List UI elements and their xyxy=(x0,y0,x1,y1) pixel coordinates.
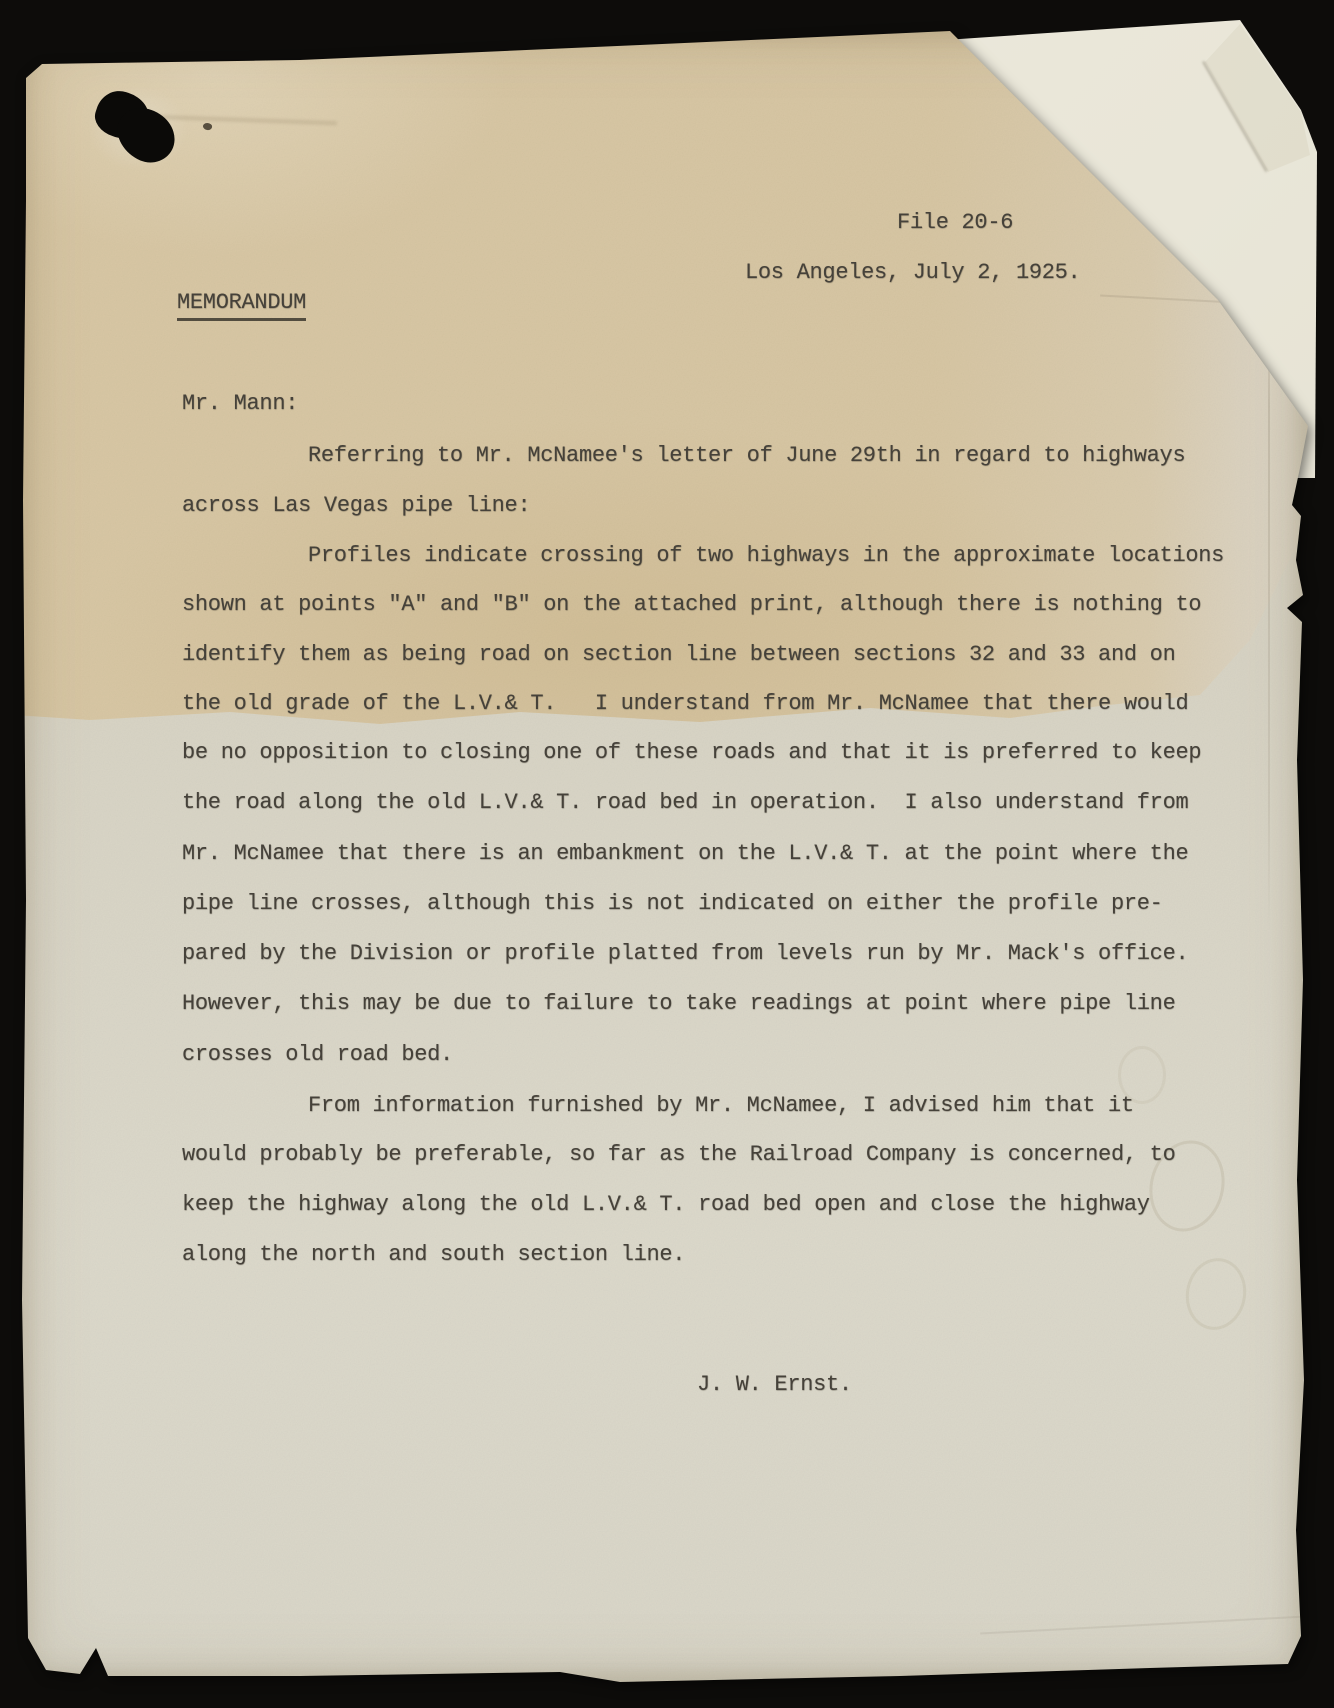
body-line: along the north and south section line. xyxy=(182,1242,685,1268)
body-line: crosses old road bed. xyxy=(182,1042,453,1068)
body-line: would probably be preferable, so far as … xyxy=(182,1142,1175,1168)
memo-page: File 20-6 Los Angeles, July 2, 1925. MEM… xyxy=(0,0,1334,1708)
body-line: Referring to Mr. McNamee's letter of Jun… xyxy=(308,443,1185,469)
paper-crease xyxy=(980,1615,1305,1634)
body-line: be no opposition to closing one of these… xyxy=(182,740,1201,766)
dateline: Los Angeles, July 2, 1925. xyxy=(745,260,1080,286)
body-line: pipe line crosses, although this is not … xyxy=(182,891,1163,917)
paper-crease xyxy=(1268,292,1270,932)
body-line: the old grade of the L.V.& T. I understa… xyxy=(182,691,1188,717)
age-stain xyxy=(0,0,1334,740)
body-line: Mr. McNamee that there is an embankment … xyxy=(182,841,1188,867)
body-line: Profiles indicate crossing of two highwa… xyxy=(308,543,1224,569)
file-number: File 20-6 xyxy=(897,210,1013,236)
body-line: the road along the old L.V.& T. road bed… xyxy=(182,790,1188,816)
body-line: However, this may be due to failure to t… xyxy=(182,991,1175,1017)
body-line: From information furnished by Mr. McName… xyxy=(308,1093,1134,1119)
memo-page-wrap: File 20-6 Los Angeles, July 2, 1925. MEM… xyxy=(0,0,1334,1708)
memo-heading: MEMORANDUM xyxy=(177,290,306,321)
body-line: across Las Vegas pipe line: xyxy=(182,493,530,519)
signature: J. W. Ernst. xyxy=(697,1372,852,1398)
embossed-watermark xyxy=(1180,1253,1252,1334)
body-line: shown at points "A" and "B" on the attac… xyxy=(182,592,1201,618)
body-line: identify them as being road on section l… xyxy=(182,642,1175,668)
body-line: pared by the Division or profile platted… xyxy=(182,941,1188,967)
salutation: Mr. Mann: xyxy=(182,391,298,417)
archive-scan-background: File 20-6 Los Angeles, July 2, 1925. MEM… xyxy=(0,0,1334,1708)
body-line: keep the highway along the old L.V.& T. … xyxy=(182,1192,1150,1218)
